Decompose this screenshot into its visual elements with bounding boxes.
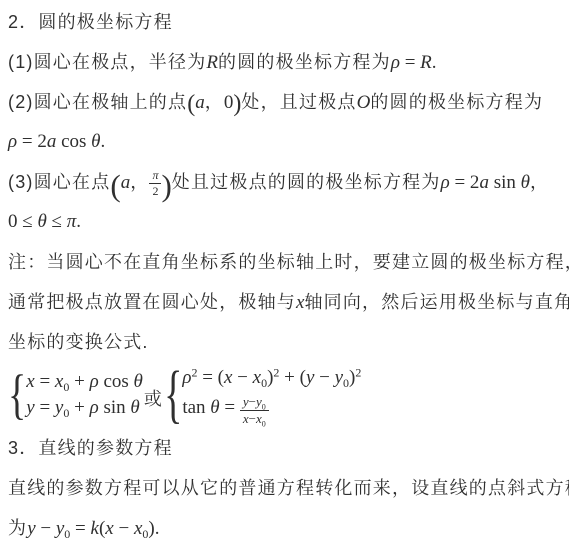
coordinate-conversion-formulas: { x = x0 + ρ cos θ y = y0 + ρ sin θ 或 { …	[8, 362, 565, 428]
text-run: 通常把极点放置在圆心处，极轴与	[8, 292, 296, 312]
item-2-equation: ρ = 2a cos θ.	[8, 122, 565, 162]
math-period: .	[76, 211, 81, 232]
math-equals: =	[35, 397, 55, 418]
equation-rho-squared: ρ2 = (x − x0)2 + (y − y0)2	[182, 365, 361, 391]
parametric-system: x = x0 + ρ cos θ y = y0 + ρ sin θ	[26, 369, 143, 421]
math-var-theta: θ	[210, 397, 219, 418]
line-parametric-intro: 直线的参数方程可以从它的普通方程转化而来，设直线的点斜式方程	[8, 468, 565, 508]
math-sin: sin	[99, 397, 131, 418]
heading-circle-polar-equation: 2．圆的极坐标方程	[8, 2, 565, 42]
equation-tan-theta: tan θ = y−y0x−x0	[182, 391, 361, 425]
comma: ，	[205, 92, 224, 112]
text-run: 的圆的极坐标方程为	[218, 52, 391, 72]
math-var-rho: ρ	[90, 371, 99, 392]
math-minus: −	[232, 367, 252, 388]
math-var-x: x	[26, 371, 34, 392]
text-run: 轴同向，然后运用极坐标与直角	[304, 292, 569, 312]
item-3-theta-range: 0 ≤ θ ≤ π.	[8, 202, 565, 242]
fraction-denominator: x−x0	[240, 411, 269, 426]
math-equals: =	[220, 397, 240, 418]
text-run: (3)圆心在点	[8, 172, 110, 192]
math-run: ≤	[47, 211, 67, 232]
subscript-0: 0	[262, 403, 266, 412]
math-period: .	[432, 52, 437, 73]
math-sin: sin	[489, 172, 521, 193]
math-tan: tan	[182, 397, 210, 418]
or-connector: 或	[144, 385, 163, 411]
math-period: .	[101, 131, 106, 152]
heading-text: 2．圆的极坐标方程	[8, 12, 173, 32]
math-paren-period: ).	[148, 518, 159, 539]
math-var-a: a	[47, 131, 57, 152]
left-system-brace: {	[8, 367, 26, 422]
text-run: 处，且过极点	[241, 92, 356, 112]
math-var-y: y	[335, 367, 343, 388]
math-var-rho: ρ	[90, 397, 99, 418]
math-var-a: a	[479, 172, 489, 193]
left-paren: (	[110, 168, 120, 203]
math-cos: cos	[56, 131, 91, 152]
math-var-theta: θ	[134, 371, 143, 392]
math-var-a: a	[195, 92, 205, 113]
item-3-center-at-pi-over-2: (3)圆心在点(a，π2)处且过极点的圆的极坐标方程为ρ = 2a sin θ，	[8, 162, 565, 202]
math-var-R: R	[206, 52, 218, 73]
math-minus: −	[314, 367, 334, 388]
comma: ，	[530, 172, 549, 192]
math-var-R: R	[420, 52, 432, 73]
math-var-a: a	[121, 172, 131, 193]
fraction-numerator: π	[149, 169, 161, 184]
fraction-dy-over-dx: y−y0x−x0	[240, 395, 269, 425]
math-notes-document: 2．圆的极坐标方程 (1)圆心在极点，半径为R的圆的极坐标方程为ρ = R. (…	[0, 0, 569, 548]
comma: ，	[130, 172, 149, 192]
cartesian-system: ρ2 = (x − x0)2 + (y − y0)2 tan θ = y−y0x…	[182, 365, 361, 425]
math-zero: 0	[224, 92, 234, 113]
math-run: = (	[197, 367, 224, 388]
math-var-rho: ρ	[391, 52, 400, 73]
note-line-1: 注：当圆心不在直角坐标系的坐标轴上时，要建立圆的极坐标方程，	[8, 242, 565, 282]
item-1-center-at-pole: (1)圆心在极点，半径为R的圆的极坐标方程为ρ = R.	[8, 42, 565, 82]
math-minus: −	[249, 411, 256, 426]
fraction-pi-over-2: π2	[149, 169, 161, 197]
note-line-3: 坐标的变换公式.	[8, 322, 565, 362]
fraction-numerator: y−y0	[240, 395, 269, 411]
text-run: 为	[8, 518, 27, 538]
math-var-theta: θ	[521, 172, 530, 193]
math-var-pi: π	[67, 211, 77, 232]
math-equals-2: = 2	[450, 172, 480, 193]
text-run: (2)圆心在极轴上的点	[8, 92, 187, 112]
math-minus: −	[114, 518, 134, 539]
math-var-y: y	[27, 518, 35, 539]
math-equals: =	[400, 52, 420, 73]
math-equals: =	[70, 518, 90, 539]
text-run: 直线的参数方程可以从它的普通方程转化而来，设直线的点斜式方程	[8, 478, 569, 498]
math-var-theta: θ	[91, 131, 100, 152]
math-plus: +	[69, 371, 89, 392]
math-var-O: O	[357, 92, 371, 113]
math-cos: cos	[99, 371, 134, 392]
heading-text: 3．直线的参数方程	[8, 438, 173, 458]
equation-x: x = x0 + ρ cos θ	[26, 369, 143, 395]
math-var-k: k	[91, 518, 99, 539]
fraction-denominator: 2	[149, 184, 161, 198]
superscript-2: 2	[355, 366, 361, 380]
math-run: + (	[279, 367, 306, 388]
right-system-brace: {	[164, 363, 182, 428]
item-2-center-on-polar-axis: (2)圆心在极轴上的点(a，0)处，且过极点O的圆的极坐标方程为	[8, 82, 565, 122]
text-run: 的圆的极坐标方程为	[370, 92, 543, 112]
math-plus: +	[69, 397, 89, 418]
left-paren: (	[187, 91, 195, 117]
math-run: 0 ≤	[8, 211, 37, 232]
text-run: 处且过极点的圆的极坐标方程为	[172, 172, 441, 192]
math-equals: =	[35, 371, 55, 392]
math-minus: −	[249, 394, 256, 409]
text-run: 坐标的变换公式.	[8, 332, 149, 352]
math-var-x: x	[105, 518, 113, 539]
math-var-theta: θ	[37, 211, 46, 232]
math-minus: −	[36, 518, 56, 539]
right-paren: )	[161, 168, 171, 203]
math-var-theta: θ	[130, 397, 139, 418]
equation-y: y = y0 + ρ sin θ	[26, 395, 143, 421]
text-run: 注：当圆心不在直角坐标系的坐标轴上时，要建立圆的极坐标方程，	[8, 252, 569, 272]
text-run: (1)圆心在极点，半径为	[8, 52, 206, 72]
heading-line-parametric-equation: 3．直线的参数方程	[8, 428, 565, 468]
math-var-rho: ρ	[441, 172, 450, 193]
math-var-rho: ρ	[8, 131, 17, 152]
math-var-y: y	[26, 397, 34, 418]
note-line-2: 通常把极点放置在圆心处，极轴与x轴同向，然后运用极坐标与直角	[8, 282, 565, 322]
point-slope-equation: 为y − y0 = k(x − x0).	[8, 508, 565, 548]
subscript-0: 0	[262, 420, 266, 429]
math-equals-2: = 2	[17, 131, 47, 152]
math-var-x: x	[253, 367, 261, 388]
